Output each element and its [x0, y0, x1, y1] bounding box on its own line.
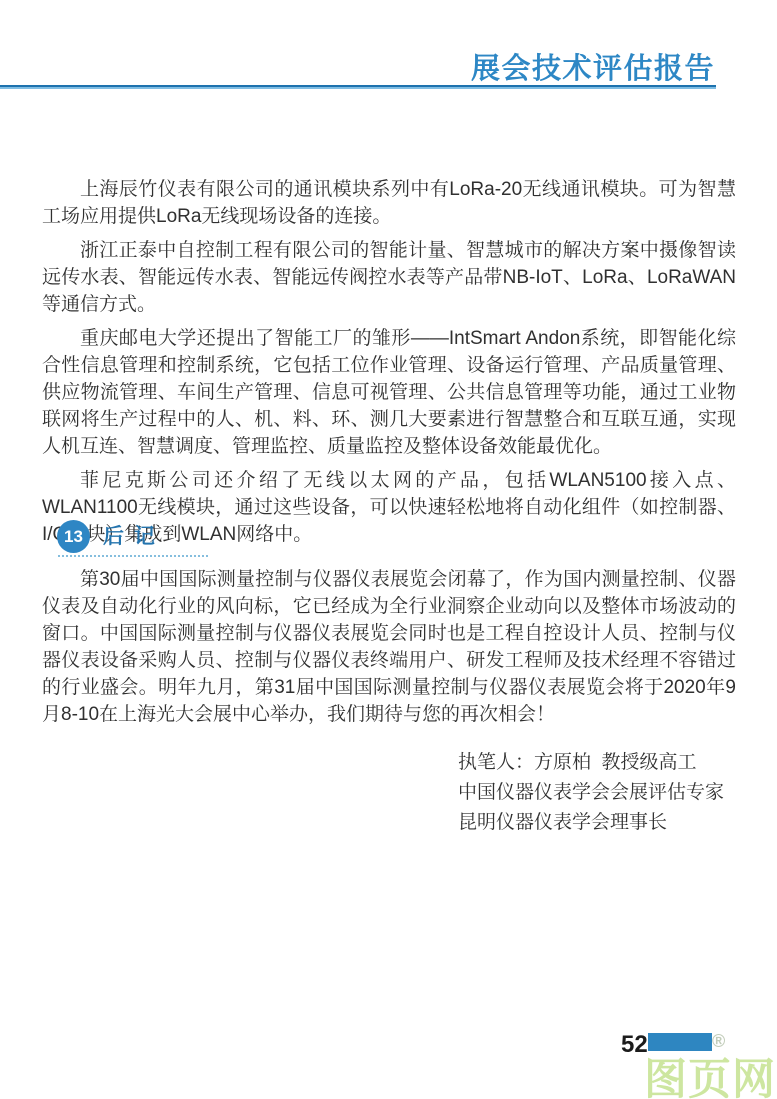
- signature-role-2: 昆明仪器仪表学会理事长: [458, 808, 724, 838]
- signature-role-1: 中国仪器仪表学会会展评估专家: [458, 778, 724, 808]
- paragraph-shanghai-chenzhu: 上海辰竹仪表有限公司的通讯模块系列中有LoRa-20无线通讯模块。可为智慧工场应…: [42, 176, 736, 230]
- paragraph-afterword: 第30届中国国际测量控制与仪器仪表展览会闭幕了，作为国内测量控制、仪器仪表及自动…: [42, 566, 736, 728]
- page-title: 展会技术评估报告: [471, 46, 715, 87]
- signature-author: 执笔人：方原柏 教授级高工: [458, 748, 724, 778]
- paragraph-chongqing-cqupt: 重庆邮电大学还提出了智能工厂的雏形——IntSmart Andon系统，即智能化…: [42, 325, 736, 460]
- header-rule: [0, 85, 716, 89]
- closing-text: 第30届中国国际测量控制与仪器仪表展览会闭幕了，作为国内测量控制、仪器仪表及自动…: [42, 566, 736, 735]
- report-page: 展会技术评估报告 上海辰竹仪表有限公司的通讯模块系列中有LoRa-20无线通讯模…: [0, 0, 777, 1099]
- body-text: 上海辰竹仪表有限公司的通讯模块系列中有LoRa-20无线通讯模块。可为智慧工场应…: [42, 176, 736, 555]
- section-heading: 13 后 记: [57, 520, 157, 553]
- paragraph-zhejiang-chint: 浙江正泰中自控制工程有限公司的智能计量、智慧城市的解决方案中摄像智读远传水表、智…: [42, 237, 736, 318]
- section-title: 后 记: [103, 520, 157, 550]
- section-number-badge: 13: [57, 520, 90, 553]
- watermark-logo: 图页网: [644, 1046, 776, 1099]
- signature-block: 执笔人：方原柏 教授级高工 中国仪器仪表学会会展评估专家 昆明仪器仪表学会理事长: [458, 748, 724, 838]
- section-heading-dotted-underline: [58, 555, 208, 557]
